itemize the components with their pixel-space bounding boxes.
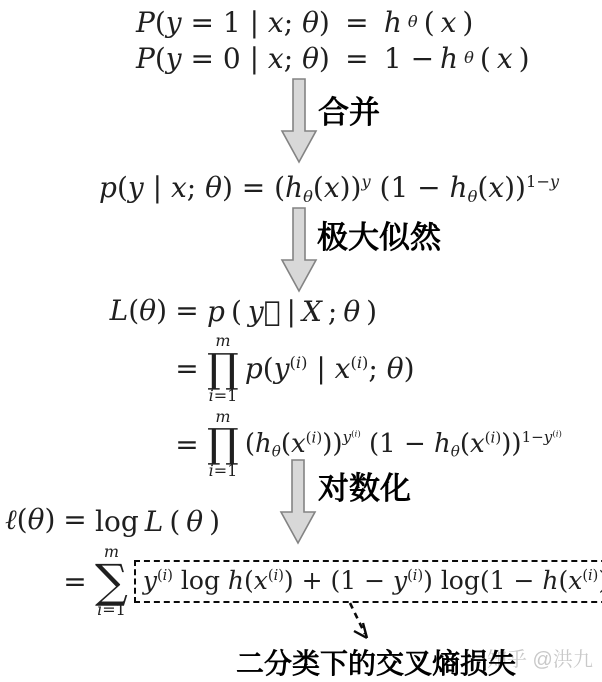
- equals-sign: =: [167, 293, 207, 329]
- operator-lower-limit: i=1: [209, 463, 238, 480]
- down-arrow-icon: [280, 207, 318, 293]
- log-label: 对数化: [318, 472, 411, 506]
- equation-rhs: p(y⃗ | X; θ): [207, 293, 562, 329]
- log-likelihood-equations: ℓ(θ) = log L(θ) = m ∑ i=1 y(i) log h(x(i…: [5, 502, 602, 619]
- equation-rhs: log L(θ): [95, 502, 602, 540]
- cross-entropy-box: y(i) log h(x(i)) + (1 − y(i)) log(1 − h(…: [134, 560, 602, 603]
- product-symbol: ∏: [207, 350, 239, 388]
- derivation-diagram: P(y = 1 | x; θ) = hθ(x) P(y = 0 | x; θ) …: [0, 0, 602, 682]
- equals-sign: =: [55, 564, 95, 599]
- equation-rhs: 1 − hθ(x): [384, 41, 530, 76]
- equals-sign: =: [167, 427, 207, 462]
- product-symbol: ∏: [207, 425, 239, 463]
- equation-term: p(y(i) | x(i); θ): [245, 351, 415, 386]
- merge-label: 合并: [318, 96, 380, 130]
- product-operator: m ∏ i=1: [207, 409, 239, 481]
- down-arrow-icon: [280, 78, 318, 164]
- equals-sign: =: [330, 41, 384, 76]
- equals-sign: =: [55, 502, 95, 540]
- top-equations: P(y = 1 | x; θ) = hθ(x) P(y = 0 | x; θ) …: [136, 4, 530, 76]
- equation-lhs: P(y = 0 | x; θ): [136, 41, 330, 76]
- sum-operator: m ∑ i=1: [95, 544, 128, 619]
- equals-sign: =: [330, 5, 384, 40]
- product-operator: m ∏ i=1: [207, 333, 239, 405]
- mle-label: 极大似然: [317, 221, 441, 255]
- cross-entropy-label: 二分类下的交叉熵损失: [236, 642, 516, 682]
- equation-lhs: L(θ): [103, 293, 167, 329]
- equation-rhs: hθ(x): [384, 5, 530, 40]
- likelihood-equations: L(θ) = p(y⃗ | X; θ) = m ∏ i=1 p(y(i) | x…: [103, 293, 562, 480]
- equation-lhs: P(y = 1 | x; θ): [136, 5, 330, 40]
- equation-rhs: m ∏ i=1 (hθ(x(i)))y(i) (1 − hθ(x(i)))1−y…: [207, 409, 562, 481]
- operator-lower-limit: i=1: [209, 388, 238, 405]
- equals-sign: =: [167, 351, 207, 386]
- operator-lower-limit: i=1: [97, 602, 126, 619]
- sum-symbol: ∑: [95, 561, 128, 602]
- equation-rhs: m ∏ i=1 p(y(i) | x(i); θ): [207, 333, 562, 405]
- merged-equation: p(y | x; θ) = (hθ(x))y (1 − hθ(x))1−y: [99, 170, 559, 207]
- equation-lhs: ℓ(θ): [5, 502, 55, 540]
- equation-term: (hθ(x(i)))y(i) (1 − hθ(x(i)))1−y(i): [245, 428, 562, 461]
